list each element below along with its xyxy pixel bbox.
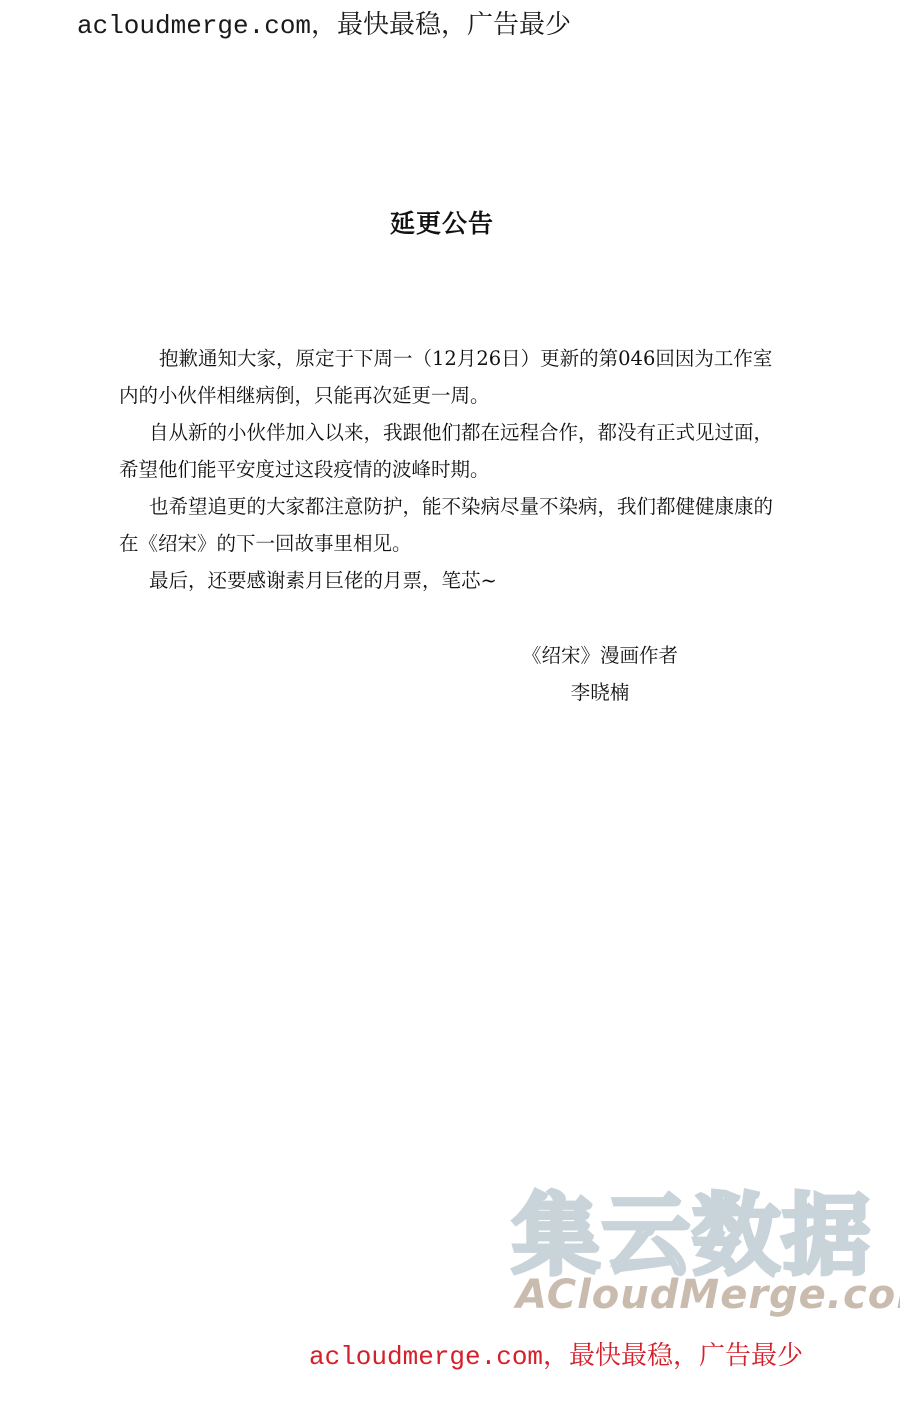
signature-role: 《绍宋》漫画作者: [510, 637, 690, 674]
signature-block: 《绍宋》漫画作者 李晓楠: [510, 637, 690, 711]
notice-title: 延更公告: [0, 204, 884, 240]
bottom-site-banner: acloudmerge.com，最快最稳，广告最少: [309, 1335, 803, 1372]
notice-paragraph-1: 抱歉通知大家，原定于下周一（12月26日）更新的第046回因为工作室内的小伙伴相…: [119, 340, 779, 414]
watermark-chinese-text: 集云数据: [512, 1190, 872, 1282]
notice-paragraph-2: 自从新的小伙伴加入以来，我跟他们都在远程合作，都没有正式见过面，希望他们能平安度…: [119, 414, 779, 488]
watermark-english-text: ACloudMerge.com: [516, 1272, 900, 1318]
signature-name: 李晓楠: [510, 674, 690, 711]
top-site-banner: acloudmerge.com，最快最稳，广告最少: [77, 4, 571, 41]
watermark-logo: 集云数据 ACloudMerge.com: [512, 1190, 892, 1320]
notice-body: 抱歉通知大家，原定于下周一（12月26日）更新的第046回因为工作室内的小伙伴相…: [119, 340, 779, 599]
notice-paragraph-3: 也希望追更的大家都注意防护，能不染病尽量不染病，我们都健健康康的在《绍宋》的下一…: [119, 488, 779, 562]
notice-paragraph-4: 最后，还要感谢素月巨佬的月票，笔芯~: [119, 562, 779, 599]
